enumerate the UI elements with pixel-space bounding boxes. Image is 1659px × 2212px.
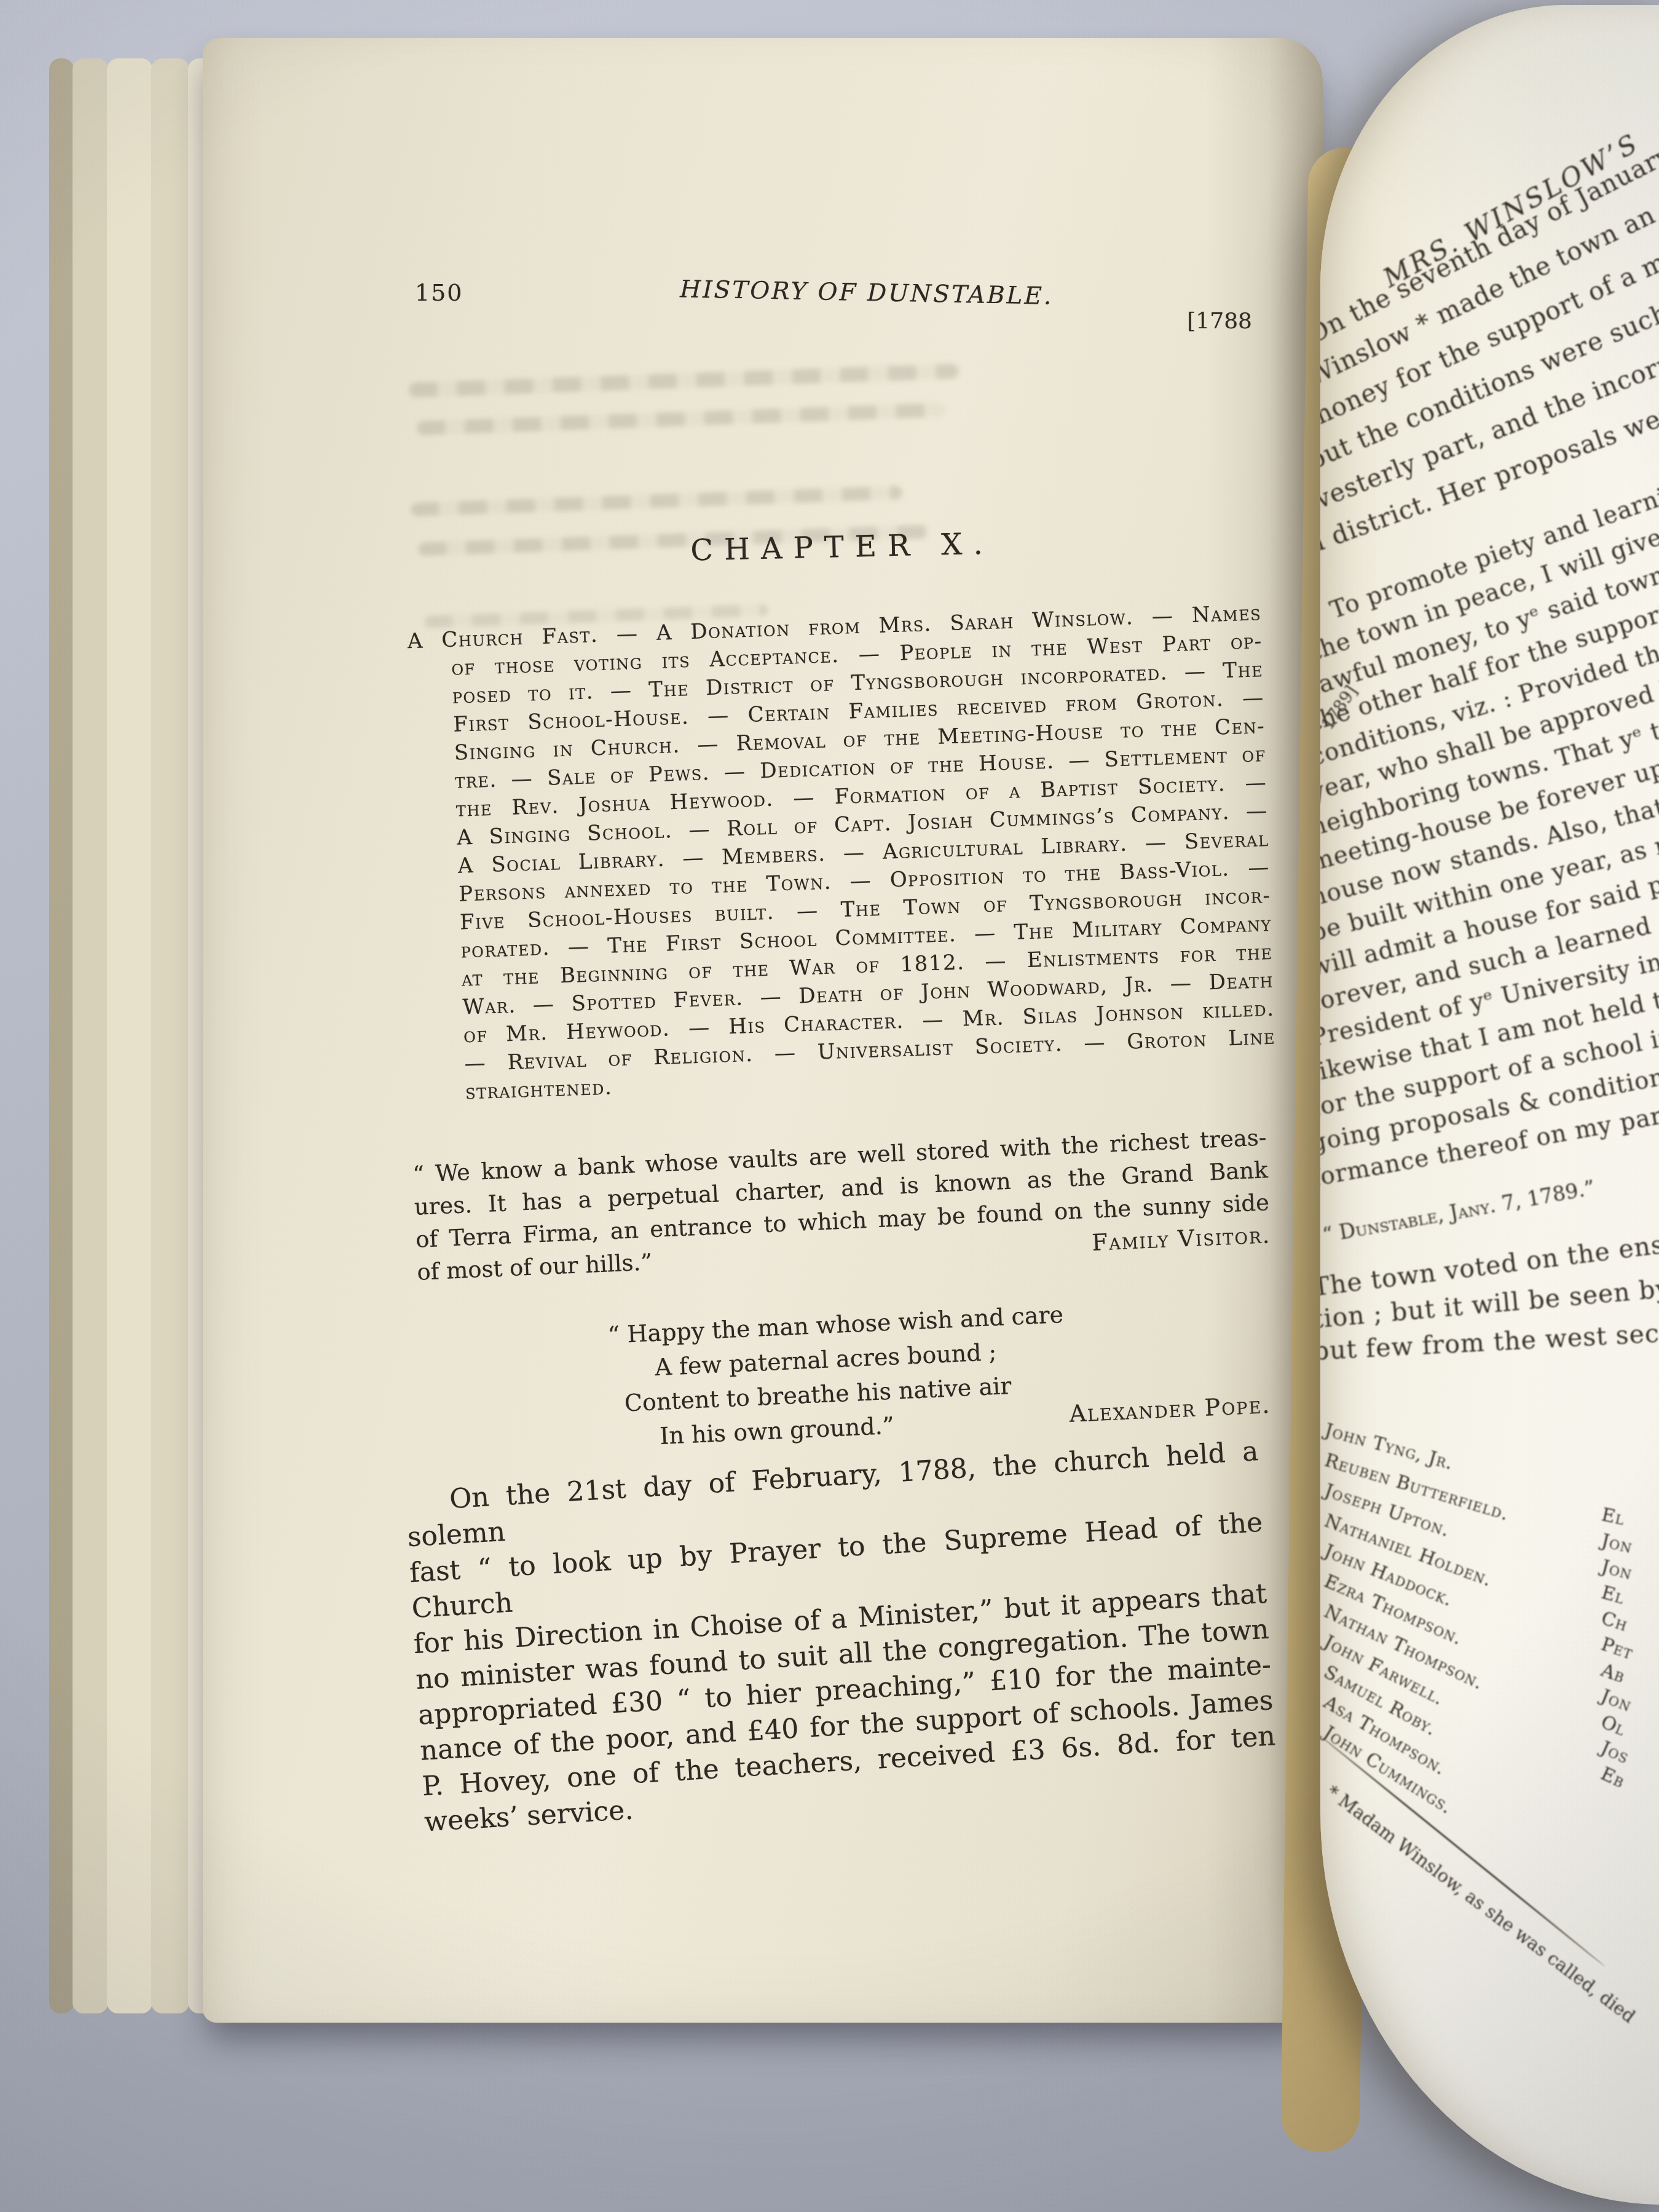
left-page: 150 HISTORY OF DUNSTABLE. [1788 CHAPTER …: [203, 38, 1323, 2023]
running-title: HISTORY OF DUNSTABLE.: [463, 271, 1269, 314]
show-through-text: [409, 363, 959, 397]
voter-name-fragment: Jos: [1598, 1737, 1633, 1768]
page-edge-band: [107, 58, 152, 2013]
verse-lines: “ Happy the man whose wish and careA few…: [412, 1288, 1272, 1464]
epigraph-attribution: Family Visitor.: [1091, 1219, 1271, 1259]
epigraph-bank-quote: “ We know a bank whose vaults are well s…: [412, 1121, 1271, 1288]
book-photo-scene: 150 HISTORY OF DUNSTABLE. [1788 CHAPTER …: [0, 0, 1659, 2212]
deckle-edge: [49, 58, 74, 2013]
voter-name-fragment: Jon: [1599, 1556, 1635, 1585]
voter-name-fragment: El: [1599, 1582, 1627, 1609]
show-through-text: [417, 403, 945, 435]
page-edge-band: [73, 58, 108, 2013]
chapter-synopsis: A Church Fast. — A Donation from Mrs. Sa…: [407, 599, 1277, 1108]
voter-name-fragment: El: [1599, 1504, 1626, 1530]
left-page-header: 150 HISTORY OF DUNSTABLE. [1788: [415, 279, 1269, 307]
verse-quote: “ Happy the man whose wish and careA few…: [412, 1288, 1272, 1464]
voter-name-fragment: Pet: [1598, 1633, 1636, 1664]
page-edge-band: [151, 58, 189, 2013]
year-marker-left: [1788: [1187, 309, 1252, 334]
voter-name-fragment: Jon: [1599, 1530, 1634, 1558]
show-through-text: [411, 486, 902, 516]
body-paragraph: On the 21st day of February, 1788, the c…: [404, 1434, 1279, 1840]
voter-name-fragment: Ch: [1599, 1608, 1631, 1636]
voter-name-fragment: Jon: [1598, 1685, 1635, 1716]
right-page: MRS. WINSLOW’S 1789] On the seventh day …: [1320, 5, 1659, 2205]
page-number: 150: [415, 279, 463, 306]
voter-name-fragment: Ab: [1598, 1659, 1628, 1688]
